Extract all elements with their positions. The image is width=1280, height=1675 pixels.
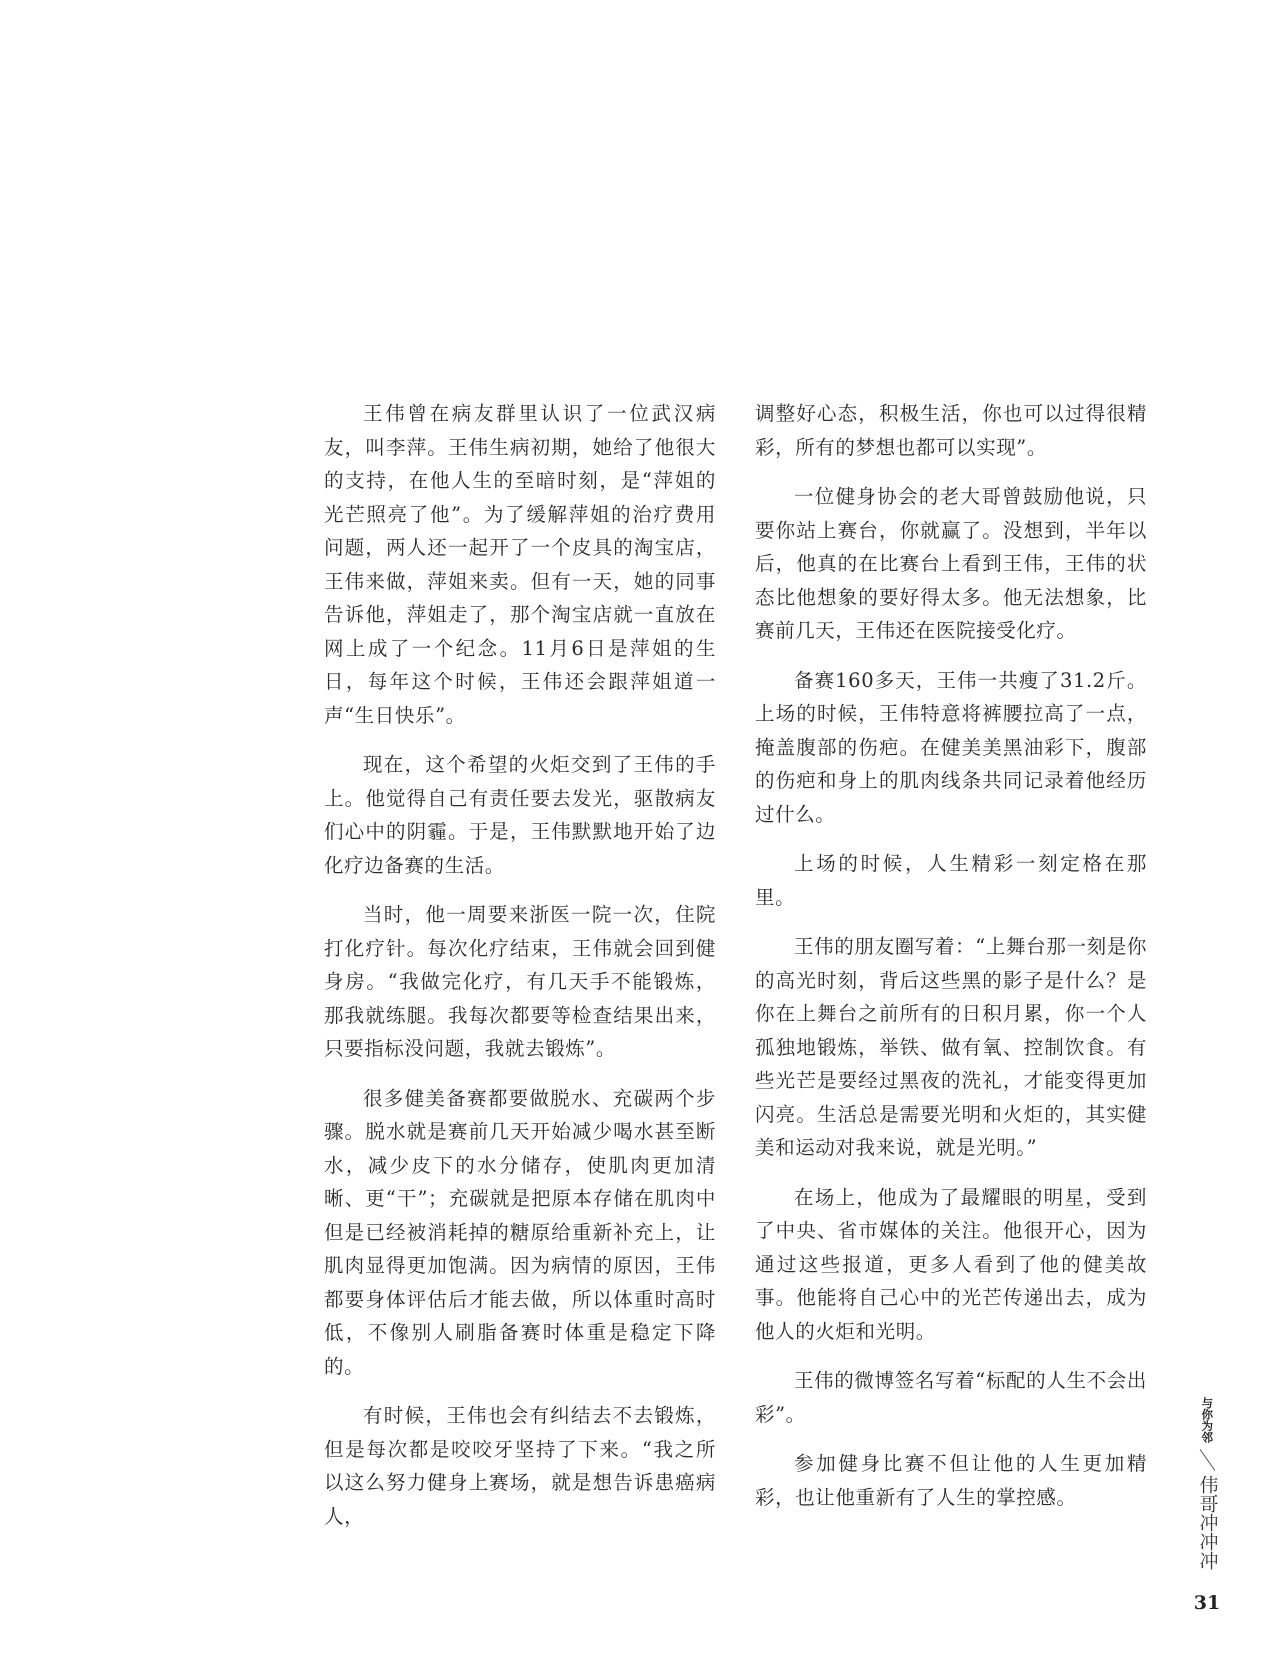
paragraph: 王伟曾在病友群里认识了一位武汉病友，叫李萍。王伟生病初期，她给了他很大的支持，在… xyxy=(324,397,716,732)
divider-slash xyxy=(1199,1449,1215,1471)
paragraph-continued: 调整好心态，积极生活，你也可以过得很精彩，所有的梦想也都可以实现”。 xyxy=(755,397,1147,464)
paragraph: 备赛160多天，王伟一共瘦了31.2斤。上场的时候，王伟特意将裤腰拉高了一点，掩… xyxy=(755,664,1147,832)
page-number: 31 xyxy=(1194,1592,1220,1614)
right-text-column: 调整好心态，积极生活，你也可以过得很精彩，所有的梦想也都可以实现”。 一位健身协… xyxy=(755,397,1147,1530)
paragraph: 王伟的朋友圈写着：“上舞台那一刻是你的高光时刻，背后这些黑的影子是什么？是你在上… xyxy=(755,930,1147,1165)
paragraph: 王伟的微博签名写着“标配的人生不会出彩”。 xyxy=(755,1364,1147,1431)
paragraph: 一位健身协会的老大哥曾鼓励他说，只要你站上赛台，你就赢了。没想到，半年以后，他真… xyxy=(755,480,1147,648)
paragraph: 在场上，他成为了最耀眼的明星，受到了中央、省市媒体的关注。他很开心，因为通过这些… xyxy=(755,1181,1147,1349)
paragraph: 参加健身比赛不但让他的人生更加精彩，也让他重新有了人生的掌控感。 xyxy=(755,1447,1147,1514)
article-title: 伟哥冲冲冲 xyxy=(1197,1475,1218,1570)
paragraph: 现在，这个希望的火炬交到了王伟的手上。他觉得自己有责任要去发光，驱散病友们心中的… xyxy=(324,748,716,882)
paragraph: 有时候，王伟也会有纠结去不去锻炼，但是每次都是咬咬牙坚持了下来。“我之所以这么努… xyxy=(324,1399,716,1533)
section-label: 与你为邻 xyxy=(1201,1397,1214,1443)
paragraph: 很多健美备赛都要做脱水、充碳两个步骤。脱水就是赛前几天开始减少喝水甚至断水，减少… xyxy=(324,1082,716,1384)
paragraph: 上场的时候，人生精彩一刻定格在那里。 xyxy=(755,847,1147,914)
left-text-column: 王伟曾在病友群里认识了一位武汉病友，叫李萍。王伟生病初期，她给了他很大的支持，在… xyxy=(324,397,716,1549)
running-header: 与你为邻 伟哥冲冲冲 31 xyxy=(1192,1397,1222,1614)
paragraph: 当时，他一周要来浙医一院一次，住院打化疗针。每次化疗结束，王伟就会回到健身房。“… xyxy=(324,898,716,1066)
